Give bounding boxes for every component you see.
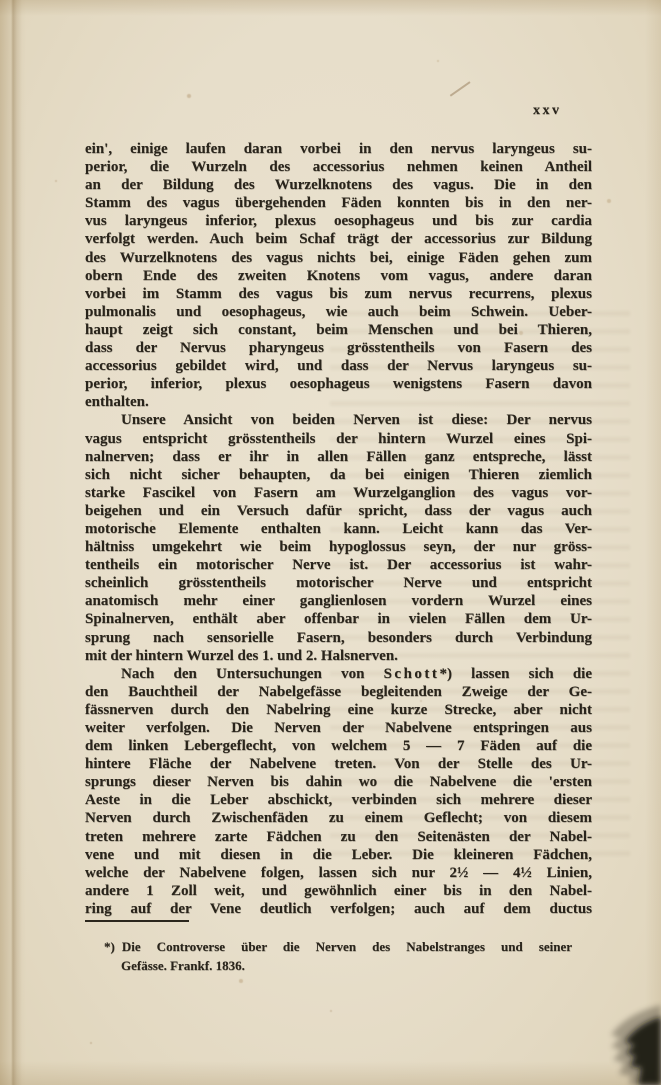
page-curl-shadow xyxy=(541,955,661,1085)
page-number: xxv xyxy=(533,103,562,119)
text-line: fässnerven durch den Nabelring eine kurz… xyxy=(85,701,592,719)
text-line: an der Bildung des Wurzelknotens des vag… xyxy=(85,176,592,194)
scanned-book-page: xxv ein', einige laufen daran vorbei in … xyxy=(0,0,661,1085)
text-line: haupt zeigt sich constant, beim Menschen… xyxy=(85,321,592,339)
text-line: vene und mit diesen in die Leber. Die kl… xyxy=(85,846,592,864)
footnote-text: Die Controverse über die Nerven des Nabe… xyxy=(122,939,572,954)
text-line: Aeste in die Leber abschickt, verbinden … xyxy=(85,791,592,809)
text-line: Unsere Ansicht von beiden Nerven ist die… xyxy=(85,411,592,429)
text-line: weiter verfolgen. Die Nerven der Nabelve… xyxy=(85,719,592,737)
text-line: dass der Nervus pharyngeus grösstentheil… xyxy=(85,339,592,357)
text-line: tentheils ein motorischer Nerve ist. Der… xyxy=(85,556,592,574)
body-text: ein', einige laufen daran vorbei in den … xyxy=(85,140,592,918)
footnote-marker: *) xyxy=(104,939,115,954)
text-line: Spinalnerven, enthält aber offenbar in v… xyxy=(85,610,592,628)
text-line: des Wurzelknotens des vagus nichts bei, … xyxy=(85,249,592,267)
text-line: enthalten. xyxy=(85,393,592,411)
text-line: Nach den Untersuchungen von Schott*) las… xyxy=(85,665,592,683)
paragraph: Unsere Ansicht von beiden Nerven ist die… xyxy=(85,411,592,664)
text-line: scheinlich grösstentheils motorischer Ne… xyxy=(85,574,592,592)
text-line: starke Fascikel von Fasern am Wurzelgang… xyxy=(85,484,592,502)
text-line: sprungs dieser Nerven bis dahin wo die N… xyxy=(85,773,592,791)
text-line: motorische Elemente enthalten kann. Leic… xyxy=(85,520,592,538)
text-line: sich nicht sicher behaupten, da bei eini… xyxy=(85,466,592,484)
text-line: vus laryngeus inferior, plexus oesophage… xyxy=(85,212,592,230)
text-line: treten mehrere zarte Fädchen zu den Seit… xyxy=(85,828,592,846)
text-line: den Bauchtheil der Nabelgefässe begleite… xyxy=(85,683,592,701)
paragraph: ein', einige laufen daran vorbei in den … xyxy=(85,140,592,411)
text-line: Stamm des vagus übergehenden Fäden konnt… xyxy=(85,194,592,212)
text-line: perior, die Wurzeln des accessorius nehm… xyxy=(85,158,592,176)
paragraph: Nach den Untersuchungen von Schott*) las… xyxy=(85,665,592,918)
text-line: verfolgt werden. Auch beim Schaf trägt d… xyxy=(85,230,592,248)
text-line: welche der Nabelvene folgen, lassen sich… xyxy=(85,864,592,882)
text-line: vorbei im Stamm des vagus bis zum nervus… xyxy=(85,285,592,303)
text-line: beigehen und ein Versuch dafür spricht, … xyxy=(85,502,592,520)
text-line: dem linken Lebergeflecht, von welchem 5 … xyxy=(85,737,592,755)
text-line: nalnerven; dass er ihr in allen Fällen g… xyxy=(85,448,592,466)
text-line: obern Ende des zweiten Knotens vom vagus… xyxy=(85,267,592,285)
text-line: sprung nach sensorielle Fasern, besonder… xyxy=(85,629,592,647)
letterspaced-name: Schott xyxy=(384,666,440,682)
text-line: mit der hintern Wurzel des 1. und 2. Hal… xyxy=(85,647,592,665)
footnote-rule xyxy=(85,920,189,922)
paper-specks xyxy=(0,0,2,2)
text-line: accessorius gebildet wird, und dass der … xyxy=(85,357,592,375)
text-line: ring auf der Vene deutlich verfolgen; au… xyxy=(85,900,592,918)
text-line: ein', einige laufen daran vorbei in den … xyxy=(85,140,592,158)
paper-scratch-mark xyxy=(450,81,471,96)
text-line: Nerven durch Zwischenfäden zu einem Gefl… xyxy=(85,809,592,827)
text-line: anatomisch mehr einer ganglienlosen vord… xyxy=(85,592,592,610)
footnote: *)Die Controverse über die Nerven des Na… xyxy=(104,937,572,975)
text-line: perior, inferior, plexus oesophageus wen… xyxy=(85,375,592,393)
footnote-line: *)Die Controverse über die Nerven des Na… xyxy=(104,937,572,956)
text-line: hintere Fläche der Nabelvene treten. Von… xyxy=(85,755,592,773)
text-line: vagus entspricht grösstentheils der hint… xyxy=(85,430,592,448)
footnote-line: Gefässe. Frankf. 1836. xyxy=(121,956,572,975)
text-line: andere 1 Zoll weit, und gewöhnlich einer… xyxy=(85,882,592,900)
text-line: pulmonalis und oesophageus, wie auch bei… xyxy=(85,303,592,321)
text-line: hältniss umgekehrt wie beim hypoglossus … xyxy=(85,538,592,556)
